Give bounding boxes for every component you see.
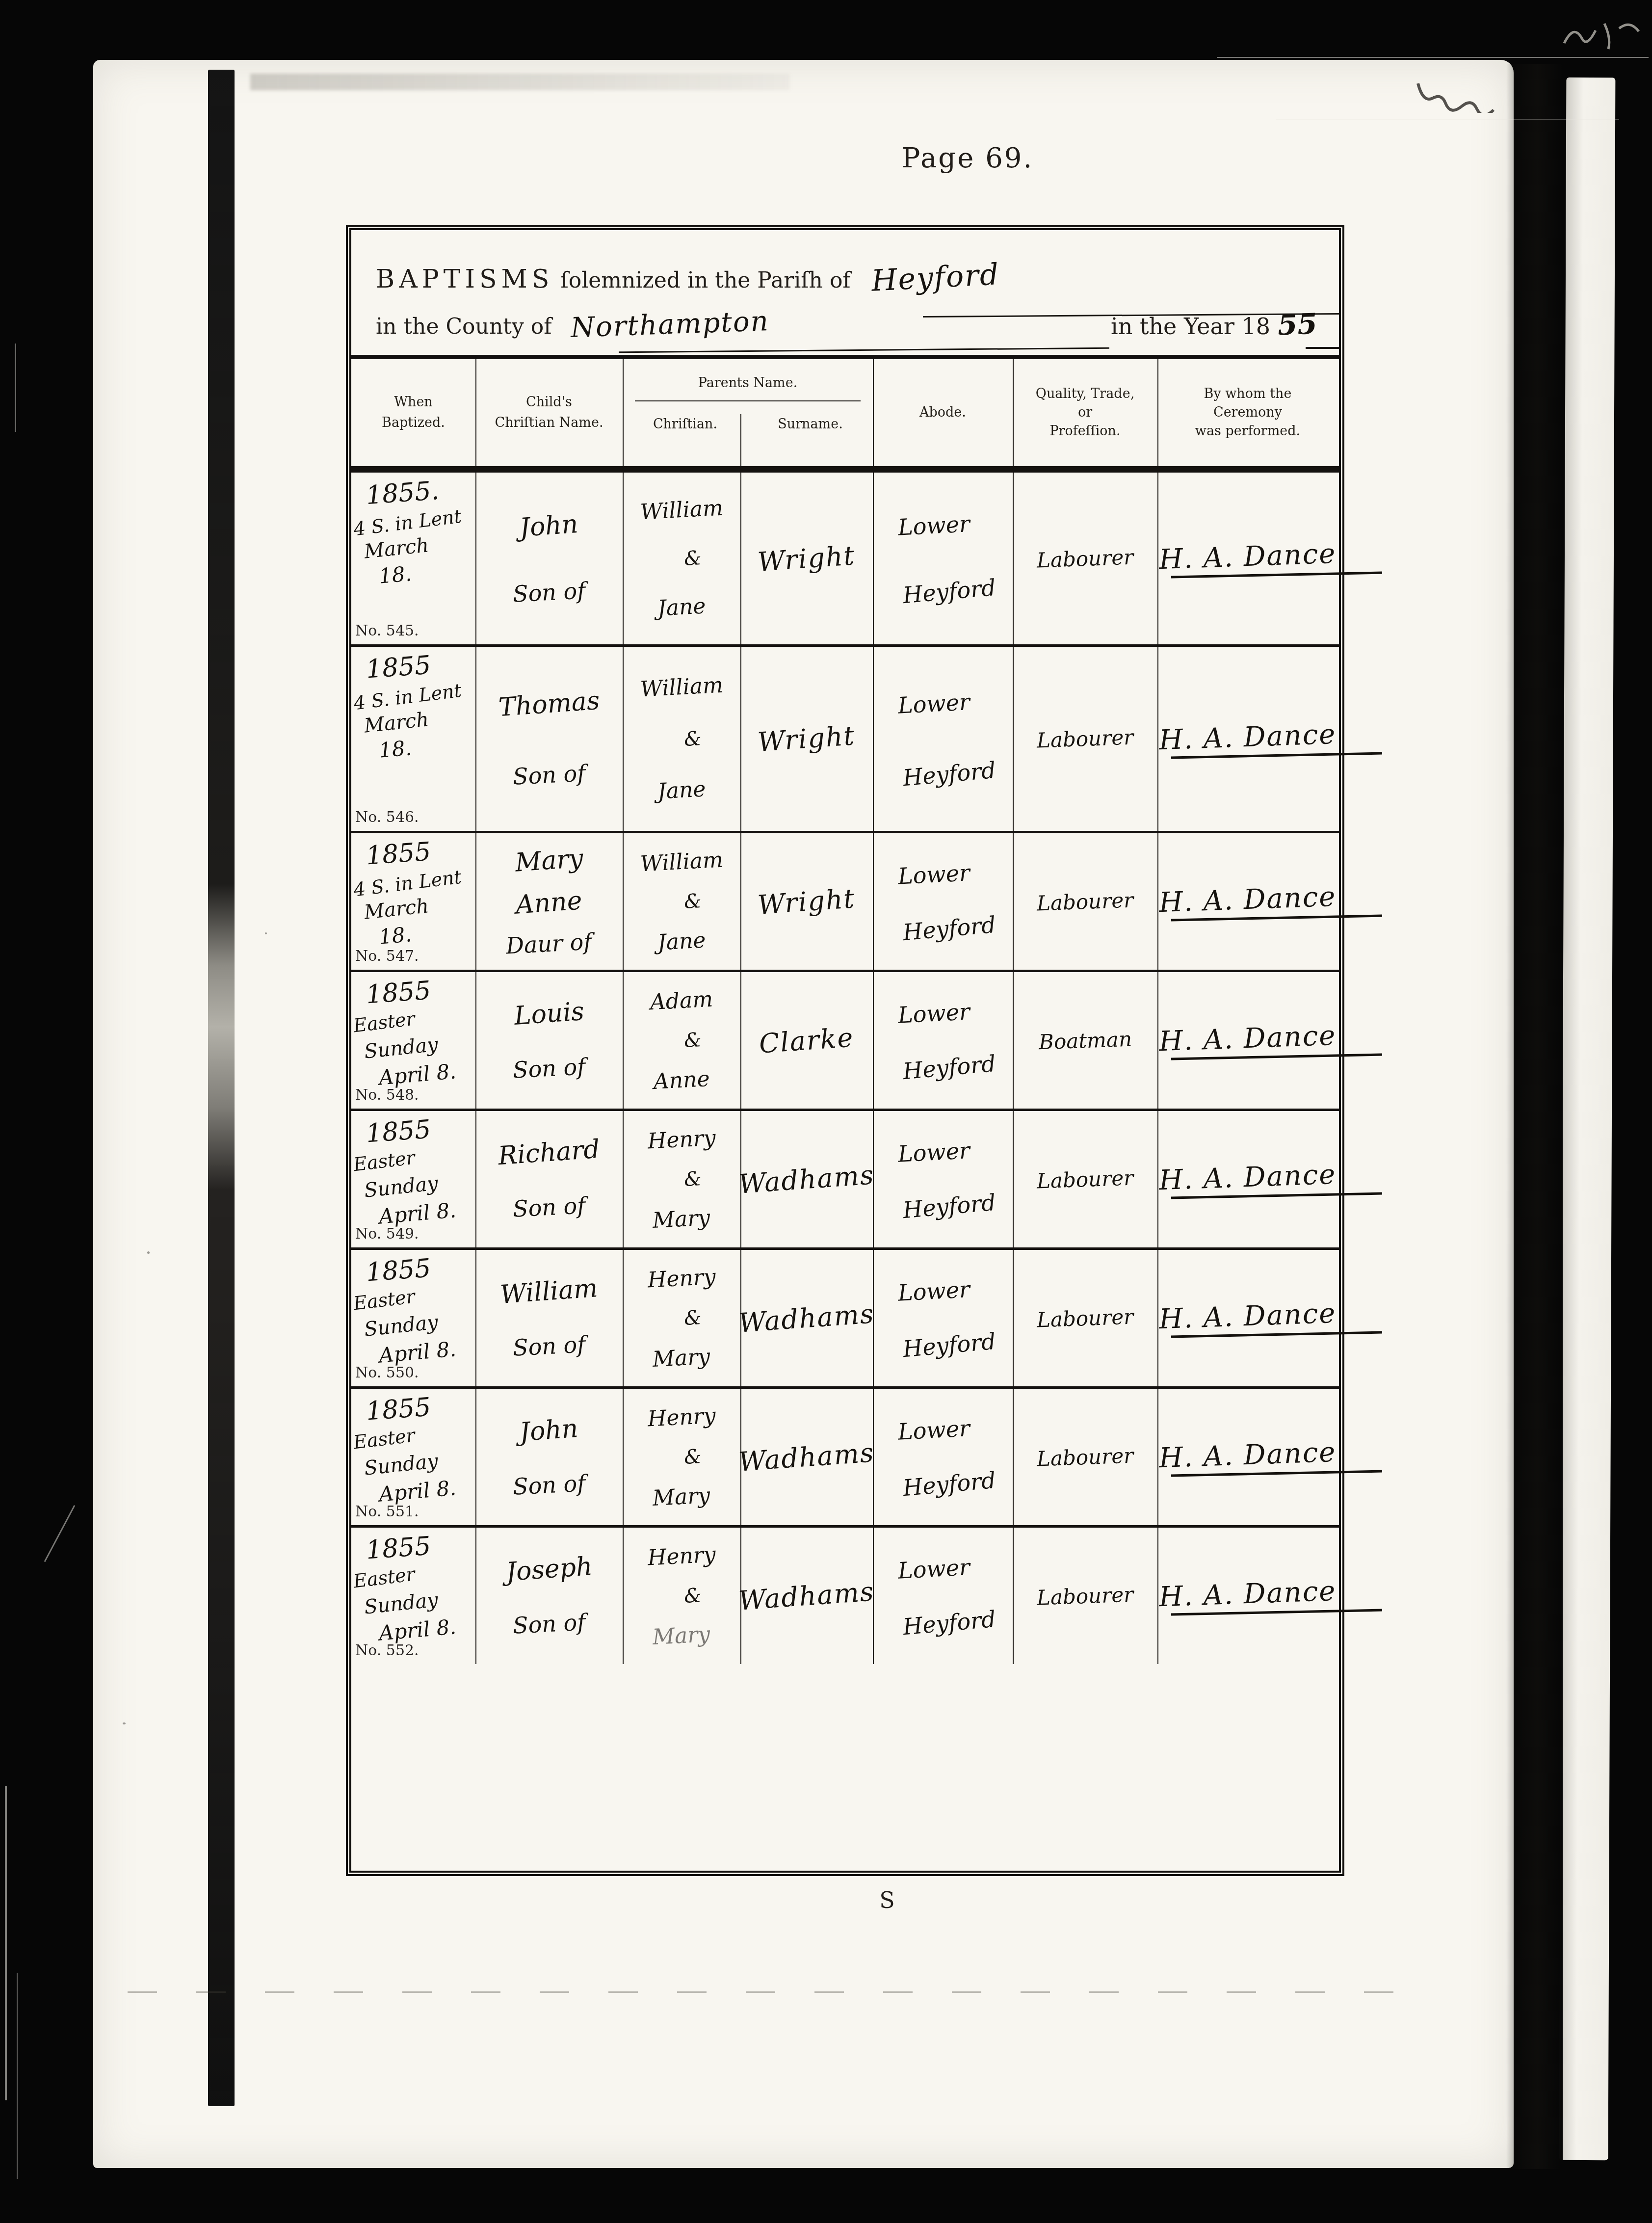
child-name: Louis <box>513 997 585 1031</box>
minister-signature: H. A. Dance <box>1158 538 1337 576</box>
abode: Lower <box>897 1415 970 1445</box>
table-row: 1855 Easter Sunday April 8. No. 548. Lou… <box>351 970 1339 1109</box>
header-parents-surname: Surname. <box>748 414 873 435</box>
mother-name: Mary <box>652 1621 711 1649</box>
abode-cell: Lower Heyford <box>873 473 1013 644</box>
father-name: William <box>639 495 723 525</box>
profession: Labourer <box>1036 725 1134 753</box>
entry-year: 1855 <box>365 1253 432 1287</box>
child-relation: Son of <box>512 1192 586 1222</box>
abode: Lower <box>897 1276 970 1306</box>
child-name: Anne <box>515 886 583 920</box>
child-name-cell: Richard Son of <box>475 1111 623 1247</box>
profession: Labourer <box>1036 545 1134 572</box>
header-text: Parents Name. <box>698 373 798 394</box>
mother-name: Mary <box>652 1482 711 1510</box>
abode-cell: Lower Heyford <box>873 1389 1013 1525</box>
entry-year: 1855 <box>365 1531 432 1565</box>
ampersand: & <box>683 890 702 913</box>
father-name: Henry <box>647 1542 716 1570</box>
entry-year: 1855 <box>365 837 432 871</box>
entry-feast: Sunday <box>363 1450 439 1480</box>
child-relation: Son of <box>512 577 586 608</box>
child-name: Richard <box>497 1134 601 1170</box>
father-name: Henry <box>647 1125 716 1154</box>
abode: Lower <box>897 688 970 719</box>
entry-year: 1855. <box>365 476 440 510</box>
surname-cell: Clarke <box>740 972 873 1109</box>
table-row: 1855 Easter Sunday April 8. No. 549. Ric… <box>351 1109 1339 1247</box>
child-name: John <box>519 1414 579 1447</box>
abode-cell: Lower Heyford <box>873 972 1013 1109</box>
child-relation: Son of <box>512 1470 586 1500</box>
profession-cell: Labourer <box>1013 1528 1157 1664</box>
header-text: Quality, Trade, <box>1036 385 1134 403</box>
profession-cell: Boatman <box>1013 972 1157 1109</box>
minister-cell: H. A. Dance <box>1157 833 1338 970</box>
header-when-baptized: When Baptized. <box>351 359 475 466</box>
header-abode: Abode. <box>873 359 1013 466</box>
child-name: Mary <box>514 844 584 878</box>
entry-number: No. 545. <box>355 622 419 639</box>
abode: Lower <box>897 1137 970 1167</box>
entry-feast: 4 S. in Lent <box>352 505 463 540</box>
header-text: By whom the <box>1204 385 1292 403</box>
heading-line-1: BAPTISMS ſolemnized in the Pariſh of Hey… <box>376 261 999 295</box>
year-underline <box>1306 347 1339 349</box>
child-relation: Son of <box>512 1609 586 1639</box>
child-name-cell: Mary Anne Daur of <box>475 833 623 970</box>
heading-baptisms: BAPTISMS <box>376 265 553 294</box>
profession-cell: Labourer <box>1013 1111 1157 1247</box>
profession: Labourer <box>1036 1165 1134 1193</box>
when-baptized-cell: 1855 Easter Sunday April 8. No. 549. <box>351 1111 475 1247</box>
table-row: 1855. 4 S. in Lent March 18. No. 545. Jo… <box>351 470 1339 644</box>
minister-signature: H. A. Dance <box>1158 1020 1337 1058</box>
abode: Lower <box>897 510 970 541</box>
abode: Heyford <box>902 1467 996 1501</box>
header-text: or <box>1078 403 1092 422</box>
year-handwritten: 55 <box>1277 307 1318 342</box>
table-row: 1855 4 S. in Lent March 18. No. 547. Mar… <box>351 831 1339 970</box>
parents-christian-cell: William & Jane <box>623 647 740 831</box>
parish-name-handwritten: Heyford <box>870 257 1000 298</box>
header-text: Abode. <box>919 402 966 423</box>
dust-speck <box>147 1251 150 1254</box>
father-name: William <box>639 847 723 876</box>
year-prefix: in the Year 18 <box>1111 313 1270 340</box>
father-name: Adam <box>650 986 713 1015</box>
abode: Heyford <box>902 757 996 791</box>
minister-cell: H. A. Dance <box>1157 1528 1338 1664</box>
heading-line-2: in the County of Northampton <box>376 309 769 341</box>
abode: Lower <box>897 859 970 890</box>
heading-county-prefix: in the County of <box>376 314 552 339</box>
header-text: Chriſtian Name. <box>495 413 603 433</box>
minister-cell: H. A. Dance <box>1157 1250 1338 1386</box>
scan-scratch <box>15 344 16 432</box>
ampersand: & <box>683 547 702 570</box>
entry-feast: 4 S. in Lent <box>352 866 463 901</box>
when-baptized-cell: 1855. 4 S. in Lent March 18. No. 545. <box>351 473 475 644</box>
header-text: Baptized. <box>382 413 445 433</box>
when-baptized-cell: 1855 Easter Sunday April 8. No. 548. <box>351 972 475 1109</box>
profession: Boatman <box>1038 1027 1132 1054</box>
scan-smudge <box>250 74 790 90</box>
child-name-cell: William Son of <box>475 1250 623 1386</box>
when-baptized-cell: 1855 4 S. in Lent March 18. No. 546. <box>351 647 475 831</box>
entry-date: April 8. <box>378 1614 457 1645</box>
entry-date: 18. <box>378 922 413 949</box>
entry-date: 18. <box>378 561 413 588</box>
surname-cell: Wadhams <box>740 1528 873 1664</box>
abode-cell: Lower Heyford <box>873 1111 1013 1247</box>
abode: Heyford <box>902 1328 996 1362</box>
surname-cell: Wright <box>740 473 873 644</box>
entry-number: No. 546. <box>355 809 419 826</box>
when-baptized-cell: 1855 4 S. in Lent March 18. No. 547. <box>351 833 475 970</box>
parents-underline <box>635 400 861 401</box>
surname-cell: Wadhams <box>740 1250 873 1386</box>
profession-cell: Labourer <box>1013 647 1157 831</box>
abode: Lower <box>897 998 970 1029</box>
profession: Labourer <box>1036 1582 1134 1610</box>
child-name-cell: John Son of <box>475 473 623 644</box>
entry-feast: Easter <box>352 1146 416 1175</box>
header-by-whom: By whom the Ceremony was performed. <box>1157 359 1338 466</box>
scan-scratch <box>44 1505 76 1562</box>
mother-name: Jane <box>657 593 707 621</box>
child-name: Thomas <box>498 686 601 722</box>
county-underline <box>619 347 1109 353</box>
dust-speck <box>265 932 267 934</box>
profession-cell: Labourer <box>1013 473 1157 644</box>
entry-feast: Easter <box>352 1007 416 1036</box>
minister-signature: H. A. Dance <box>1158 1159 1337 1197</box>
parents-christian-cell: Henry & Mary <box>623 1111 740 1247</box>
child-relation: Son of <box>512 760 586 790</box>
mother-name: Anne <box>653 1066 710 1094</box>
profession-cell: Labourer <box>1013 1389 1157 1525</box>
table-row: 1855 4 S. in Lent March 18. No. 546. Tho… <box>351 644 1339 831</box>
minister-cell: H. A. Dance <box>1157 473 1338 644</box>
entry-year: 1855 <box>365 976 432 1009</box>
surname-cell: Wadhams <box>740 1111 873 1247</box>
parents-christian-cell: Adam & Anne <box>623 972 740 1109</box>
when-baptized-cell: 1855 Easter Sunday April 8. No. 552. <box>351 1528 475 1664</box>
dust-speck <box>123 1722 126 1724</box>
minister-signature: H. A. Dance <box>1158 718 1337 756</box>
entry-feast: Sunday <box>363 1311 439 1341</box>
header-text: Child's <box>526 392 572 413</box>
entry-feast: Sunday <box>363 1588 439 1619</box>
entry-date: 18. <box>378 736 413 763</box>
surname-cell: Wright <box>740 647 873 831</box>
father-name: Henry <box>647 1403 716 1431</box>
heading-year: in the Year 18 55 <box>1111 308 1317 341</box>
baptism-register-table: BAPTISMS ſolemnized in the Pariſh of Hey… <box>346 225 1344 1876</box>
abode-cell: Lower Heyford <box>873 1528 1013 1664</box>
abode-cell: Lower Heyford <box>873 1250 1013 1386</box>
child-name: Joseph <box>505 1552 593 1587</box>
mother-name: Jane <box>657 927 707 955</box>
mother-name: Jane <box>657 777 707 804</box>
ampersand: & <box>683 727 702 751</box>
heading-solemnized: ſolemnized in the Pariſh of <box>560 268 850 293</box>
printers-signature-mark: S <box>872 1887 902 1913</box>
child-name: William <box>499 1273 599 1310</box>
surname: Wadhams <box>737 1159 875 1199</box>
when-baptized-cell: 1855 Easter Sunday April 8. No. 550. <box>351 1250 475 1386</box>
ampersand: & <box>683 1029 702 1052</box>
child-relation: Daur of <box>505 928 593 959</box>
table-row: 1855 Easter Sunday April 8. No. 550. Wil… <box>351 1247 1339 1386</box>
ampersand: & <box>683 1445 702 1469</box>
entry-date: April 8. <box>378 1059 457 1090</box>
entry-feast: 4 S. in Lent <box>352 680 463 715</box>
entry-feast: Sunday <box>363 1033 439 1063</box>
child-name-cell: Thomas Son of <box>475 647 623 831</box>
minister-signature: H. A. Dance <box>1158 1436 1337 1475</box>
surname: Wright <box>757 720 856 758</box>
child-name: John <box>519 509 579 543</box>
ink-scribble <box>1413 74 1541 113</box>
minister-cell: H. A. Dance <box>1157 647 1338 831</box>
header-parents-christian: Chriſtian. <box>623 414 748 435</box>
table-row: 1855 Easter Sunday April 8. No. 552. Jos… <box>351 1525 1339 1664</box>
entry-year: 1855 <box>365 1392 432 1426</box>
surname-cell: Wadhams <box>740 1389 873 1525</box>
parents-christian-cell: Henry & Mary <box>623 1389 740 1525</box>
abode: Heyford <box>902 574 996 609</box>
father-name: William <box>639 672 723 702</box>
scan-scratch <box>1276 119 1619 120</box>
register-entries: 1855. 4 S. in Lent March 18. No. 545. Jo… <box>351 470 1339 1664</box>
header-text: Profeſſion. <box>1049 422 1120 441</box>
white-scribble <box>1560 14 1644 58</box>
surname: Clarke <box>758 1022 855 1059</box>
entry-feast: Easter <box>352 1563 416 1592</box>
scan-scratch <box>5 1786 7 2100</box>
ampersand: & <box>683 1167 702 1191</box>
abode: Heyford <box>902 911 996 946</box>
profession: Labourer <box>1036 888 1134 915</box>
entry-date: April 8. <box>378 1337 457 1368</box>
entry-date: April 8. <box>378 1198 457 1229</box>
surname: Wright <box>757 883 856 921</box>
profession-cell: Labourer <box>1013 833 1157 970</box>
father-name: Henry <box>647 1264 716 1293</box>
child-relation: Son of <box>512 1331 586 1361</box>
entry-feast: Easter <box>352 1285 416 1314</box>
mother-name: Mary <box>652 1205 711 1233</box>
parents-christian-cell: Henry & Mary <box>623 1528 740 1664</box>
child-name-cell: Louis Son of <box>475 972 623 1109</box>
mother-name: Mary <box>652 1344 711 1372</box>
register-heading: BAPTISMS ſolemnized in the Pariſh of Hey… <box>351 230 1339 359</box>
abode-cell: Lower Heyford <box>873 833 1013 970</box>
profession: Labourer <box>1036 1443 1134 1471</box>
header-childs-name: Child's Chriſtian Name. <box>475 359 623 466</box>
abode: Heyford <box>902 1606 996 1640</box>
minister-signature: H. A. Dance <box>1158 1575 1337 1614</box>
child-name-cell: John Son of <box>475 1389 623 1525</box>
minister-signature: H. A. Dance <box>1158 881 1337 919</box>
binding-strip <box>208 70 235 2106</box>
minister-cell: H. A. Dance <box>1157 1111 1338 1247</box>
entry-feast: Sunday <box>363 1172 439 1202</box>
profession: Labourer <box>1036 1304 1134 1332</box>
entry-number: No. 547. <box>355 948 419 965</box>
child-relation: Son of <box>512 1053 586 1084</box>
book-gutter-shadow <box>1506 64 1563 2169</box>
surname: Wadhams <box>737 1437 875 1477</box>
surname: Wadhams <box>737 1298 875 1338</box>
parents-christian-cell: Henry & Mary <box>623 1250 740 1386</box>
entry-date: March <box>363 895 430 924</box>
entry-feast: Easter <box>352 1424 416 1453</box>
when-baptized-cell: 1855 Easter Sunday April 8. No. 551. <box>351 1389 475 1525</box>
column-header-row: When Baptized. Child's Chriſtian Name. P… <box>351 359 1339 470</box>
parents-christian-cell: William & Jane <box>623 473 740 644</box>
entry-date: March <box>363 534 430 563</box>
abode: Heyford <box>902 1050 996 1085</box>
adjacent-page-edge <box>1559 78 1616 2160</box>
header-text: Ceremony <box>1213 403 1282 422</box>
minister-cell: H. A. Dance <box>1157 972 1338 1109</box>
child-name-cell: Joseph Son of <box>475 1528 623 1664</box>
minister-signature: H. A. Dance <box>1158 1297 1337 1336</box>
header-parents-name: Parents Name. Chriſtian. Surname. <box>623 359 873 466</box>
scan-scratch <box>17 1973 18 2179</box>
table-row: 1855 Easter Sunday April 8. No. 551. Joh… <box>351 1386 1339 1525</box>
surname: Wright <box>757 540 856 578</box>
entry-date: April 8. <box>378 1476 457 1507</box>
entry-date: March <box>363 708 430 738</box>
entry-year: 1855 <box>365 1114 432 1148</box>
header-text: When <box>394 392 433 413</box>
surname: Wadhams <box>737 1576 875 1616</box>
entry-year: 1855 <box>365 650 432 684</box>
surname-cell: Wright <box>740 833 873 970</box>
minister-cell: H. A. Dance <box>1157 1389 1338 1525</box>
county-name-handwritten: Northampton <box>570 305 770 344</box>
profession-cell: Labourer <box>1013 1250 1157 1386</box>
page-number: Page 69. <box>865 142 1071 174</box>
scanned-register-page: Page 69. BAPTISMS ſolemnized in the Pari… <box>0 0 1652 2223</box>
paper-crease <box>128 1991 1403 1993</box>
header-quality-trade: Quality, Trade, or Profeſſion. <box>1013 359 1157 466</box>
abode: Heyford <box>902 1189 996 1223</box>
abode-cell: Lower Heyford <box>873 647 1013 831</box>
ampersand: & <box>683 1306 702 1330</box>
header-text: was performed. <box>1195 422 1300 441</box>
parents-christian-cell: William & Jane <box>623 833 740 970</box>
abode: Lower <box>897 1554 970 1584</box>
ampersand: & <box>683 1584 702 1608</box>
